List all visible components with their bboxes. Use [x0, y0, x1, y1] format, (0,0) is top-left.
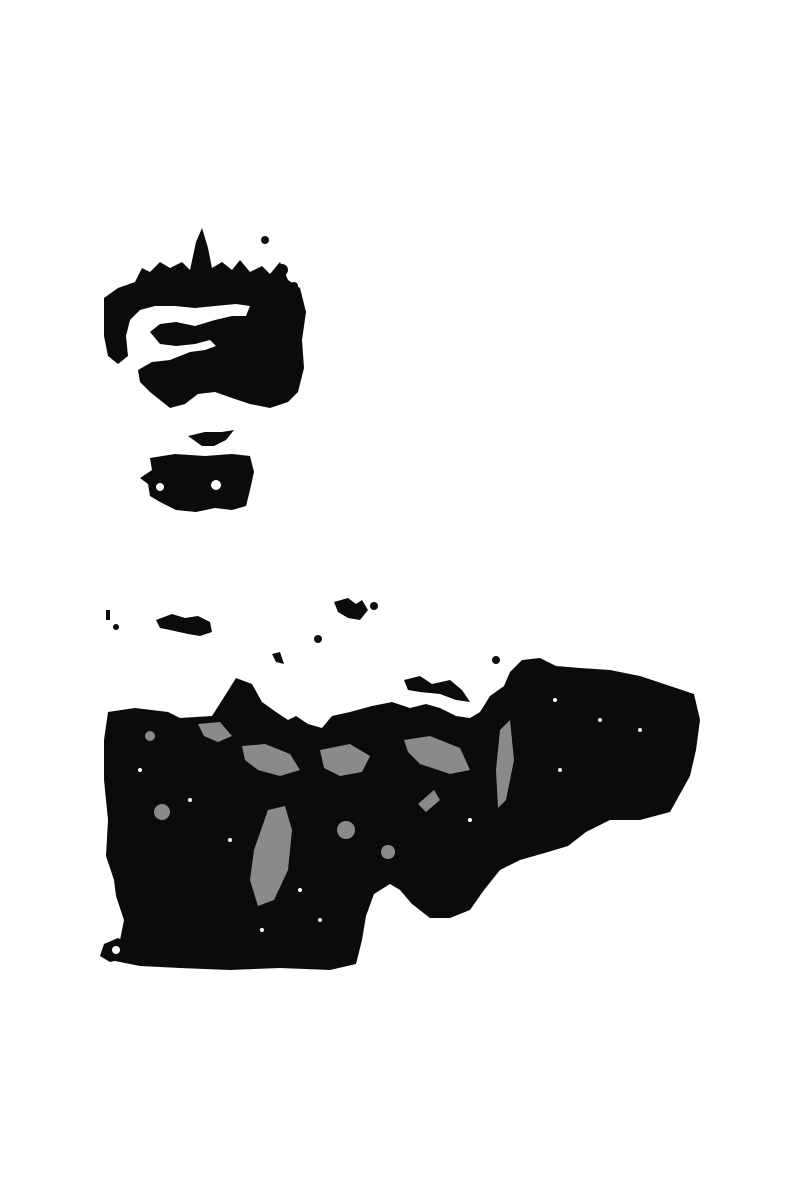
- torso: [100, 658, 700, 970]
- garment: [104, 658, 700, 970]
- mouth: [188, 430, 234, 446]
- collar-marks: [106, 598, 378, 664]
- chin: [140, 454, 254, 512]
- head: [104, 228, 306, 512]
- hair-and-eyes: [104, 228, 306, 408]
- collar-shadows: [404, 656, 500, 702]
- portrait-artwork: [0, 0, 800, 1200]
